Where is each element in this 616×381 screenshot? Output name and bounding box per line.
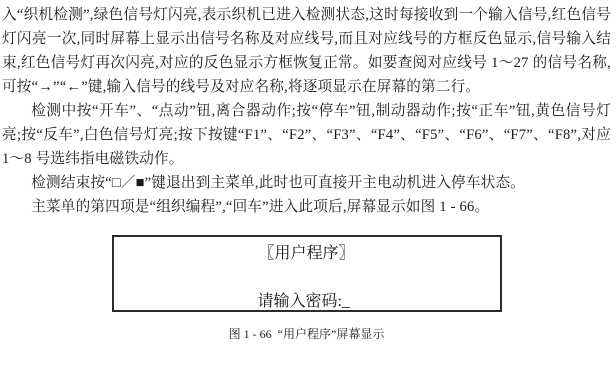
- password-prompt-label: 请输入密码:: [258, 293, 342, 310]
- paragraph-button-actions: 检测中按“开车”、“点动”钮,离合器动作;按“停车”钮,制动器动作;按“正车”钮…: [2, 99, 611, 171]
- paragraph-main-menu-item4: 主菜单的第四项是“组织编程”,“回车”进入此项后,屏幕显示如图 1 - 66。: [2, 195, 611, 219]
- text-cursor: _: [342, 292, 350, 312]
- paragraph-exit-detection: 检测结束按“□／■”键退出到主菜单,此时也可直接开主电动机进入停车状态。: [2, 171, 611, 195]
- password-prompt: 请输入密码:_: [114, 272, 500, 332]
- screen-display-box: 〖用户程序〗 请输入密码:_: [112, 235, 502, 312]
- screen-title: 〖用户程序〗: [114, 237, 500, 264]
- paragraph-detection-status: 入“织机检测”,绿色信号灯闪亮,表示织机已进入检测状态,这时每接收到一个输入信号…: [2, 3, 611, 99]
- figure-caption: 图 1 - 66 “用户程序”屏幕显示: [2, 326, 611, 342]
- manual-page: 入“织机检测”,绿色信号灯闪亮,表示织机已进入检测状态,这时每接收到一个输入信号…: [0, 0, 616, 381]
- figure-1-66: 〖用户程序〗 请输入密码:_ 图 1 - 66 “用户程序”屏幕显示: [2, 235, 611, 342]
